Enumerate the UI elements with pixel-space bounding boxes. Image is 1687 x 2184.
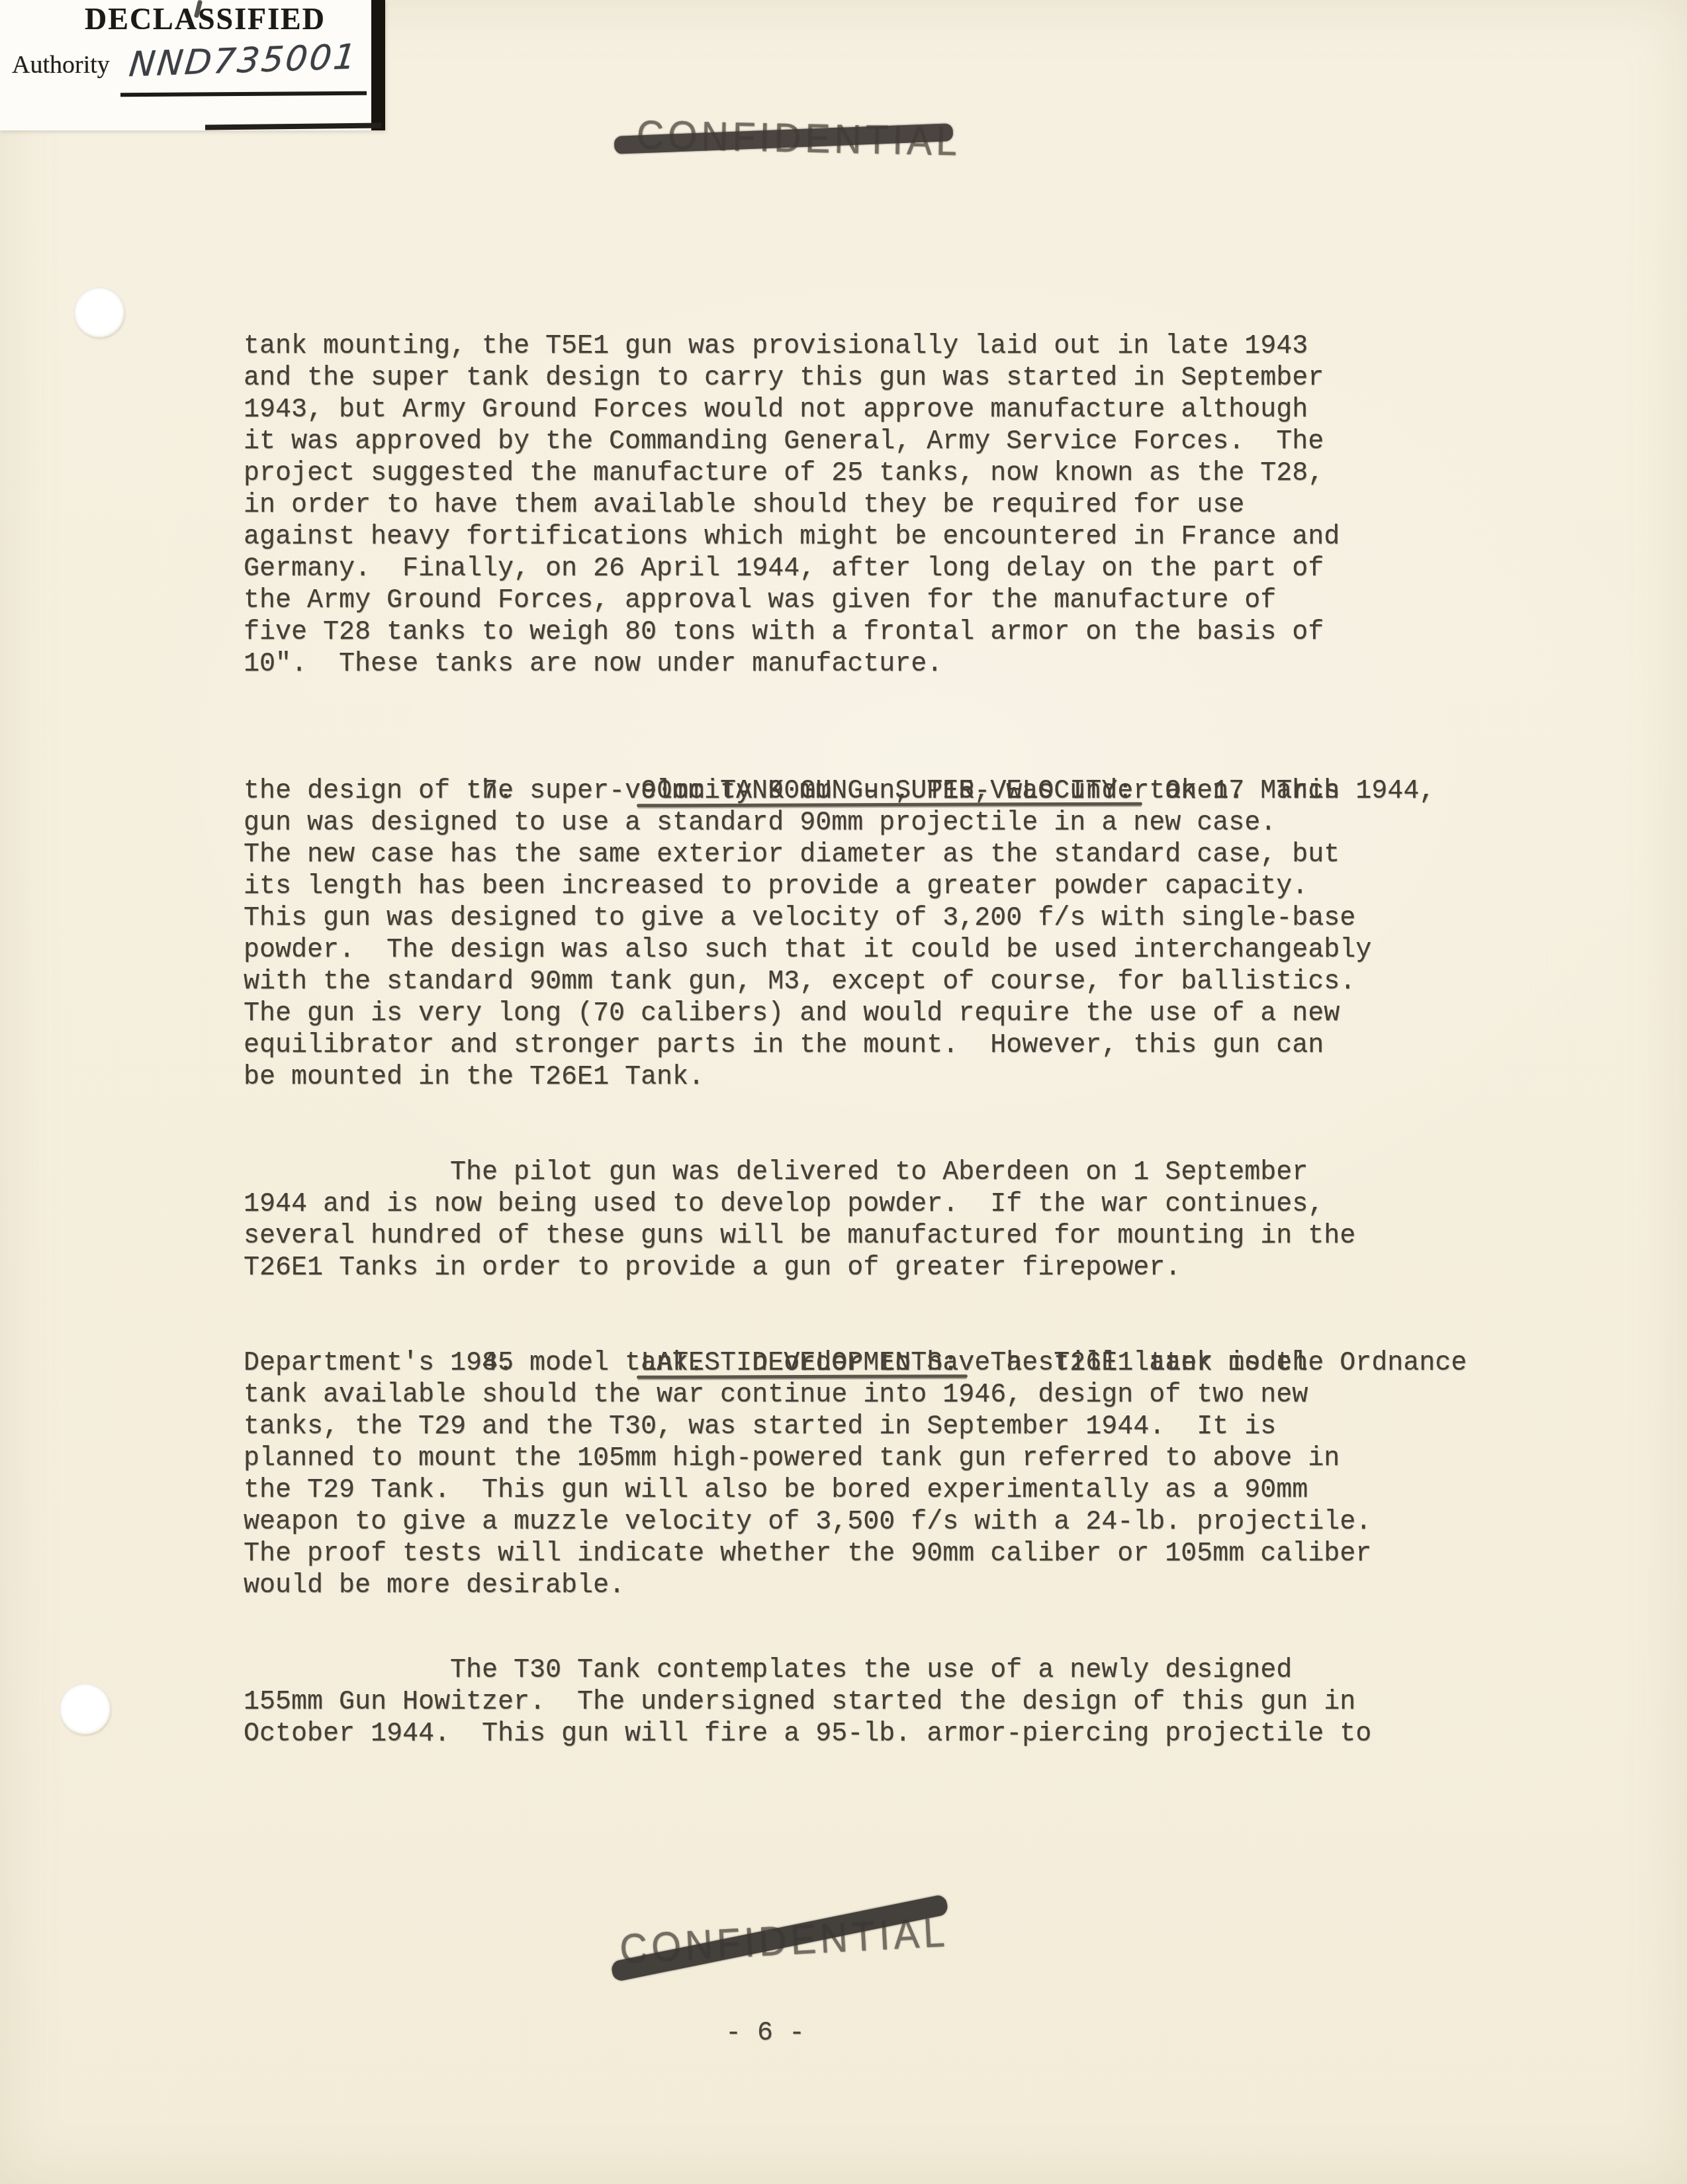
paragraph-pilot-gun: The pilot gun was delivered to Aberdeen … [244,1157,1355,1284]
text-line: five T28 tanks to weigh 80 tons with a f… [244,617,1340,649]
text-line: several hundred of these guns will be ma… [244,1221,1355,1253]
text-line: with the standard 90mm tank gun, M3, exc… [244,967,1435,998]
text-line: it was approved by the Commanding Genera… [244,426,1340,458]
text-line: against heavy fortifications which might… [244,522,1340,553]
text-line: the T29 Tank. This gun will also be bore… [244,1475,1467,1507]
text-line: in order to have them available should t… [244,490,1340,522]
paragraph-lines: the design of the super-velocity 90mm Gu… [244,776,1435,1094]
authority-handwriting: NND735001 [127,37,359,85]
text-line: tank mounting, the T5E1 gun was provisio… [244,331,1340,363]
authority-label: Authority [12,50,110,79]
declassified-stamp-box: DECLASSIFIED Authority NND735001 [0,0,385,130]
text-line: equilibrator and stronger parts in the m… [244,1030,1435,1062]
section-heading-line: 8.LATEST DEVELOPMENTS:The T26E1 tank is … [244,1316,1467,1348]
stamp-box-bottom-bar [205,123,381,130]
paragraph-t30-tank: The T30 Tank contemplates the use of a n… [244,1655,1371,1750]
text-line: weapon to give a muzzle velocity of 3,50… [244,1507,1467,1539]
text-line: The proof tests will indicate whether th… [244,1539,1467,1570]
text-line: would be more desirable. [244,1570,1467,1602]
section-heading: LATEST DEVELOPMENTS: [641,1348,958,1380]
text-line: The gun is very long (70 calibers) and w… [244,998,1435,1030]
text-line: powder. The design was also such that it… [244,935,1435,967]
text-line: planned to mount the 105mm high-powered … [244,1443,1467,1475]
document-page: DECLASSIFIED Authority NND735001 CONFIDE… [0,0,1687,2184]
text-line: and the super tank design to carry this … [244,363,1340,395]
text-line: project suggested the manufacture of 25 … [244,458,1340,490]
hole-punch-top [74,287,124,338]
text-line: 155mm Gun Howitzer. The undersigned star… [244,1687,1371,1719]
paragraph-7: 7.90mm TANK GUN - SUPER-VELOCITY:On 17 M… [244,744,1435,1094]
page-number: - 6 - [725,2018,805,2050]
declassified-title: DECLASSIFIED [85,1,326,36]
text-line: gun was designed to use a standard 90mm … [244,808,1435,839]
text-line: its length has been increased to provide… [244,871,1435,903]
text-line: T26E1 Tanks in order to provide a gun of… [244,1253,1355,1284]
text-line: Germany. Finally, on 26 April 1944, afte… [244,553,1340,585]
text-line: tanks, the T29 and the T30, was started … [244,1411,1467,1443]
text-line: The pilot gun was delivered to Aberdeen … [244,1157,1355,1189]
text-line: The new case has the same exterior diame… [244,839,1435,871]
text-line: This gun was designed to give a velocity… [244,903,1435,935]
paragraph-8: 8.LATEST DEVELOPMENTS:The T26E1 tank is … [244,1316,1467,1602]
text-line: 1944 and is now being used to develop po… [244,1189,1355,1221]
text-line: tank available should the war continue i… [244,1380,1467,1411]
text-line: 1943, but Army Ground Forces would not a… [244,395,1340,426]
section-heading-line: 7.90mm TANK GUN - SUPER-VELOCITY:On 17 M… [244,744,1435,776]
section-heading: 90mm TANK GUN - SUPER-VELOCITY: [641,776,1133,808]
authority-underline [120,91,367,97]
hole-punch-bottom [60,1684,111,1734]
stamp-box-right-bar [371,0,385,130]
paragraph-continuation: tank mounting, the T5E1 gun was provisio… [244,331,1340,681]
text-line: the Army Ground Forces, approval was giv… [244,585,1340,617]
text-line: 10". These tanks are now under manufactu… [244,649,1340,681]
paragraph-lines: Department's 1945 model tank. In order t… [244,1348,1467,1602]
text-line: The T30 Tank contemplates the use of a n… [244,1655,1371,1687]
text-line: be mounted in the T26E1 Tank. [244,1062,1435,1094]
text-line: October 1944. This gun will fire a 95-lb… [244,1719,1371,1750]
